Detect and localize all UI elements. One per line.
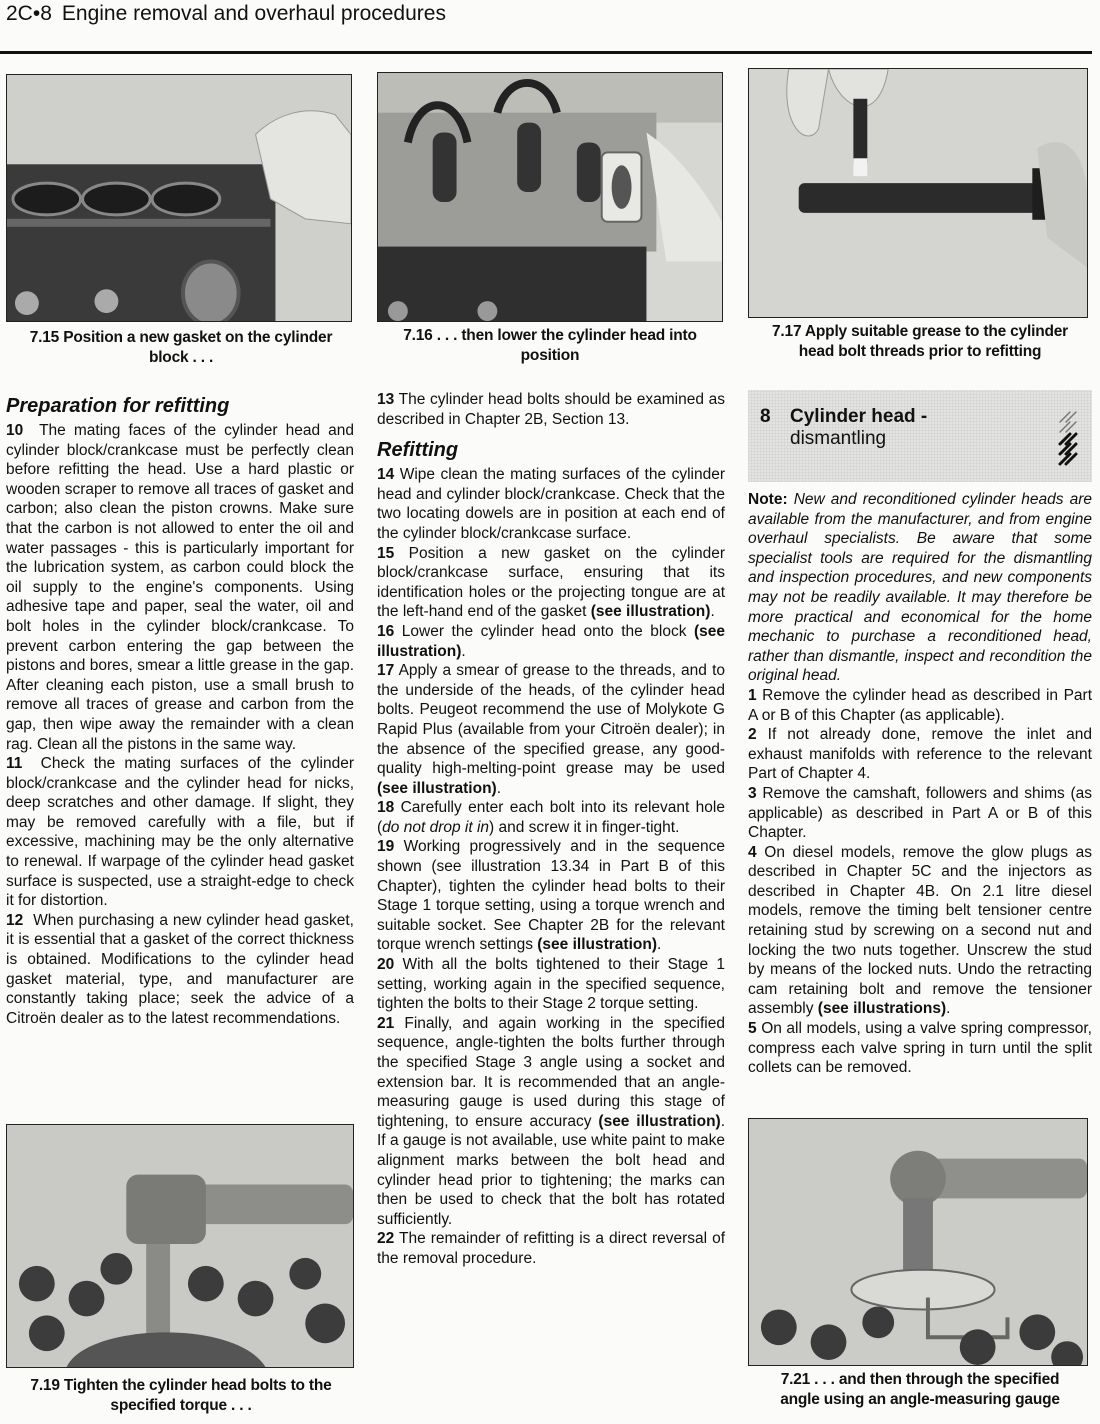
figure-7-16-photo [377,72,723,322]
figure-7-15-caption: 7.15 Position a new gasket on the cylind… [6,328,356,368]
section-number: 8 [760,406,771,428]
paragraph-1: 1 Remove the cylinder head as described … [748,686,1092,725]
bolt-grease-photo-icon [749,69,1087,317]
paragraph-14: 14 Wipe clean the mating surfaces of the… [377,465,725,543]
page-number: 2C•8 [6,2,52,26]
paragraph-3: 3 Remove the camshaft, followers and shi… [748,784,1092,843]
figure-7-17-caption: 7.17 Apply suitable grease to the cylind… [748,322,1092,362]
angle-gauge-photo-icon [749,1119,1087,1365]
heading-refitting: Refitting [377,437,725,463]
note-paragraph: Note: New and reconditioned cylinder hea… [748,490,1092,686]
figure-7-16-caption: 7.16 . . . then lower the cylinder head … [377,326,723,366]
spanner-difficulty-icon [1056,404,1082,468]
paragraph-13: 13 The cylinder head bolts should be exa… [377,390,725,429]
figure-7-19-caption: 7.19 Tighten the cylinder head bolts to … [6,1376,356,1416]
see-illustration-ref: (see illustration) [591,603,711,620]
paragraph-17: 17 Apply a smear of grease to the thread… [377,661,725,798]
see-illustrations-ref: (see illustrations) [818,1000,946,1017]
heading-preparation-for-refitting: Preparation for refitting [6,393,354,419]
see-illustration-ref: (see illustration) [377,780,497,797]
figure-7-15-photo [6,74,352,322]
cylinder-head-photo-icon [378,73,722,321]
chapter-title: Engine removal and overhaul procedures [62,2,446,26]
figure-7-17-photo [748,68,1088,318]
paragraph-5: 5 On all models, using a valve spring co… [748,1019,1092,1078]
section-8-header-box: 8 Cylinder head - dismantling [748,390,1092,482]
paragraph-19: 19 Working progressively and in the sequ… [377,837,725,955]
paragraph-20: 20 With all the bolts tightened to their… [377,955,725,1014]
section-subtitle: dismantling [790,428,886,450]
paragraph-15: 15 Position a new gasket on the cylinder… [377,544,725,622]
paragraph-2: 2 If not already done, remove the inlet … [748,725,1092,784]
paragraph-16: 16 Lower the cylinder head onto the bloc… [377,622,725,661]
paragraph-22: 22 The remainder of refitting is a direc… [377,1229,725,1268]
paragraph-11: 11 Check the mating surfaces of the cyli… [6,754,354,911]
paragraph-18: 18 Carefully enter each bolt into its re… [377,798,725,837]
page-header: 2C•8 Engine removal and overhaul procedu… [6,2,446,36]
column-right: Note: New and reconditioned cylinder hea… [748,490,1092,1078]
paragraph-21: 21 Finally, and again working in the spe… [377,1014,725,1230]
see-illustration-ref: (see illustration) [598,1113,720,1130]
figure-7-21-caption: 7.21 . . . and then through the specifie… [748,1370,1092,1410]
paragraph-12: 12 When purchasing a new cylinder head g… [6,911,354,1029]
cylinder-block-photo-icon [7,75,351,321]
column-left: Preparation for refitting 10 The mating … [6,393,354,1028]
torque-wrench-photo-icon [7,1125,353,1367]
section-title: Cylinder head - [790,406,927,428]
column-middle: 13 The cylinder head bolts should be exa… [377,390,725,1269]
figure-7-19-photo [6,1124,354,1368]
header-rule [0,51,1092,54]
figure-7-21-photo [748,1118,1088,1366]
paragraph-4: 4 On diesel models, remove the glow plug… [748,843,1092,1019]
paragraph-10: 10 The mating faces of the cylinder head… [6,421,354,754]
see-illustration-ref: (see illustration) [537,936,657,953]
